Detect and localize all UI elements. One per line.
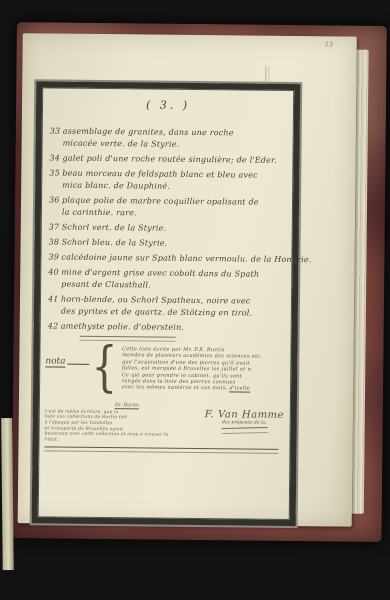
entry-text: horn-blende, ou Schorl Spatheux, noire a… [61,295,253,318]
catalog-entries: 33assemblage de granites, dans une roche… [48,125,268,334]
frame-content: ( 3. ) 33assemblage de granites, dans un… [38,87,294,520]
pencil-mark [265,66,266,85]
entry-number: 38 [49,236,60,248]
entry-text: amethyste polie. d'oberstein. [61,322,184,332]
entry-text: Schorl bleu. de la Styrie. [62,238,168,248]
manuscript-leaf: 13 ( 3. ) 33assemblage de granites, dans… [18,33,357,526]
catalog-entry: 37Schorl vert. de la Styrie. [49,221,267,235]
entry-number: 34 [49,152,60,164]
drawn-border-frame: ( 3. ) 33assemblage de granites, dans un… [32,81,301,526]
catalog-entry: 35beau morceau de feldspath blanc et ble… [49,167,267,193]
entry-number: 36 [49,194,60,206]
loose-leaf-edge [1,418,14,570]
entry-number: 39 [48,251,59,263]
nota-underlined-word: d'icelle [229,386,250,393]
closing-double-rule [44,447,278,454]
attribution-note: Dr. Burtin [115,403,139,409]
nota-text: Cette liste écrite par Mr. F.X. Burtin m… [122,346,282,393]
entry-number: 35 [49,167,60,179]
marginal-annotation: c'est de même écriture, que la liste aux… [44,409,176,444]
entry-text: beau morceau de feldspath blanc et bleu … [62,169,258,191]
catalog-entry: 36plaque polie de marbre coquillier opal… [49,194,267,220]
catalog-entry: 34galet poli d'une roche routée singuliè… [49,152,267,166]
marginal-line: beaucoup avec cette collection et mise à… [44,432,176,445]
entry-text: assemblage de granites, dans une roche m… [63,127,234,149]
nota-label: nota [45,356,65,367]
signature-block: F. Van Hamme des préposés de la. [204,409,284,445]
catalog-entry: 42amethyste polie. d'oberstein. [48,320,266,334]
entry-text: calcédoine jaune sur Spath blanc vermoul… [61,253,311,265]
page-header-number: ( 3. ) [48,97,288,113]
nota-connector-dash [68,364,90,365]
catalog-entry: 33assemblage de granites, dans une roche… [50,125,268,151]
entry-number: 41 [48,293,59,305]
folio-number: 13 [324,40,333,49]
entry-text: galet poli d'une roche routée singulière… [62,154,277,165]
entry-number: 40 [48,266,59,278]
catalog-entry: 40mine d'argent grise avec cobolt dans d… [48,266,266,292]
catalog-entry: 41horn-blende, ou Schorl Spatheux, noire… [48,293,266,319]
signature-title: des préposés de la. [205,420,284,426]
nota-section: nota { Cette liste écrite par Mr. F.X. B… [45,344,285,392]
signature-name: F. Van Hamme [205,409,284,421]
signature-flourish [221,427,267,434]
signature-row: c'est de même écriture, que la liste aux… [44,409,284,445]
entry-text: plaque polie de marbre coquillier opalis… [62,196,259,218]
nota-brace: { [92,344,118,390]
entry-number: 42 [48,320,59,332]
catalog-entry: 39calcédoine jaune sur Spath blanc vermo… [48,251,266,265]
scanned-manuscript-page: 13 ( 3. ) 33assemblage de granites, dans… [0,0,390,600]
book: 13 ( 3. ) 33assemblage de granites, dans… [0,0,390,600]
entry-text: Schorl vert. de la Styrie. [62,223,167,233]
entry-text: mine d'argent grise avec cobolt dans du … [61,268,259,290]
entry-number: 37 [49,221,60,233]
catalog-entry: 38Schorl bleu. de la Styrie. [49,236,267,250]
entry-number: 33 [50,125,61,137]
